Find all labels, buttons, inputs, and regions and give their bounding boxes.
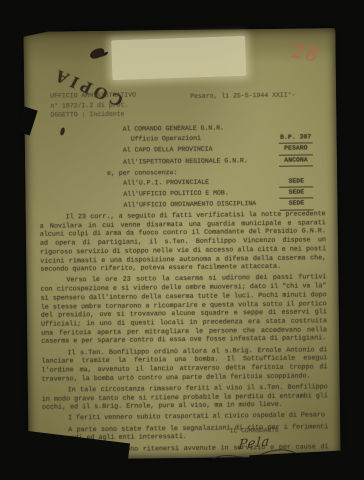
dateline: Pesaro, lì 25-5-1944 XXII°- [190, 92, 295, 100]
recipient-destination: B.P. 307 [279, 133, 313, 145]
body-paragraph: I feriti vennero subito trasportati al c… [42, 412, 328, 424]
recipient-destination: SEDE [279, 188, 313, 200]
recipient-destination: PESARO [279, 144, 313, 156]
signature-handwriting: Pela [238, 434, 271, 453]
recipient-destination: ANCONA [279, 155, 313, 167]
tape-patch [111, 36, 246, 80]
body-paragraph: Il s.Ten. Bonfilippo ordinò allora al s.… [41, 346, 327, 384]
recipient-list: Al COMANDO GENERALE G.N.R. Ufficio Opera… [107, 122, 314, 212]
letterhead-protocol-block: UFFICIO AMMINISTRATIVO n° 1872/I.2 di pr… [50, 91, 136, 121]
body-paragraph: In tale circostanza rimasero feriti al v… [42, 383, 328, 413]
scanned-document-photo: { "annotations": { "copia_stamp": "COPIA… [0, 0, 364, 480]
signature-typed-title: IL COMANDANTE [194, 426, 314, 434]
recipient-name: All'ISPETTORATO REGIONALE G.N.R. [123, 156, 248, 169]
body-paragraph: Il 23 corr., a seguito di fatti verifica… [40, 210, 327, 274]
recipient-destination: SEDE [279, 176, 313, 188]
document-sheet: COPIA 28 UFFICIO AMMINISTRATIVO n° 1872/… [23, 28, 340, 460]
pen-mark [60, 127, 66, 136]
red-pencil-number: 28 [290, 41, 321, 67]
recipient-name: Ufficio Operazioni [131, 134, 201, 146]
recipient-destination: SEDE [279, 199, 313, 211]
body-paragraph: Verso le ore 23 sotto la caserma si udir… [40, 274, 327, 347]
recipient-name: Al COMANDO GENERALE G.N.R. [123, 123, 225, 134]
